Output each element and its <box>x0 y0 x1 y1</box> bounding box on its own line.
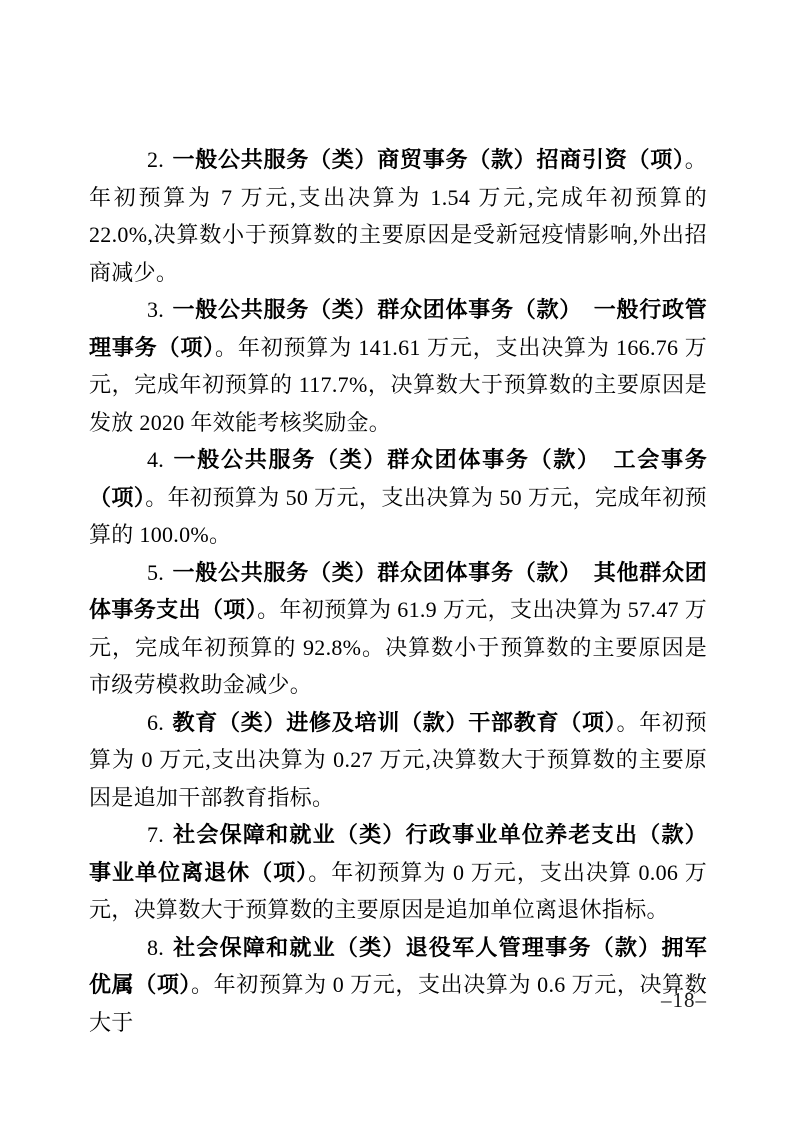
budget-item-paragraph: 3.一般公共服务（类）群众团体事务（款） 一般行政管理事务（项）。年初预算为 1… <box>89 291 707 441</box>
budget-item-paragraph: 4.一般公共服务（类）群众团体事务（款） 工会事务（项）。年初预算为 50 万元… <box>89 441 707 554</box>
budget-item-paragraph: 8.社会保障和就业（类）退役军人管理事务（款）拥军优属（项）。年初预算为 0 万… <box>89 929 707 1042</box>
item-heading: 教育（类）进修及培训（款）干部教育（项） <box>172 710 616 735</box>
budget-item-paragraph: 5.一般公共服务（类）群众团体事务（款） 其他群众团体事务支出（项）。年初预算为… <box>89 554 707 704</box>
item-number: 3. <box>147 297 172 322</box>
item-heading: 一般公共服务（类）商贸事务（款）招商引资（项） <box>172 147 685 172</box>
budget-item-paragraph: 2.一般公共服务（类）商贸事务（款）招商引资（项）。年初预算为 7 万元,支出决… <box>89 141 707 291</box>
item-number: 7. <box>147 822 172 847</box>
item-number: 4. <box>147 447 172 472</box>
item-body: 。年初预算为 50 万元，支出决算为 50 万元，完成年初预算的 100.0%。 <box>89 485 707 548</box>
item-number: 8. <box>147 935 172 960</box>
budget-item-paragraph: 6.教育（类）进修及培训（款）干部教育（项）。年初预算为 0 万元,支出决算为 … <box>89 704 707 817</box>
document-text-block: 2.一般公共服务（类）商贸事务（款）招商引资（项）。年初预算为 7 万元,支出决… <box>89 141 707 1041</box>
budget-item-paragraph: 7.社会保障和就业（类）行政事业单位养老支出（款）事业单位离退休（项）。年初预算… <box>89 816 707 929</box>
item-number: 6. <box>147 710 172 735</box>
document-page: 2.一般公共服务（类）商贸事务（款）招商引资（项）。年初预算为 7 万元,支出决… <box>0 0 793 1122</box>
item-number: 2. <box>147 147 172 172</box>
page-number: –18– <box>0 988 707 1013</box>
item-number: 5. <box>147 560 172 585</box>
